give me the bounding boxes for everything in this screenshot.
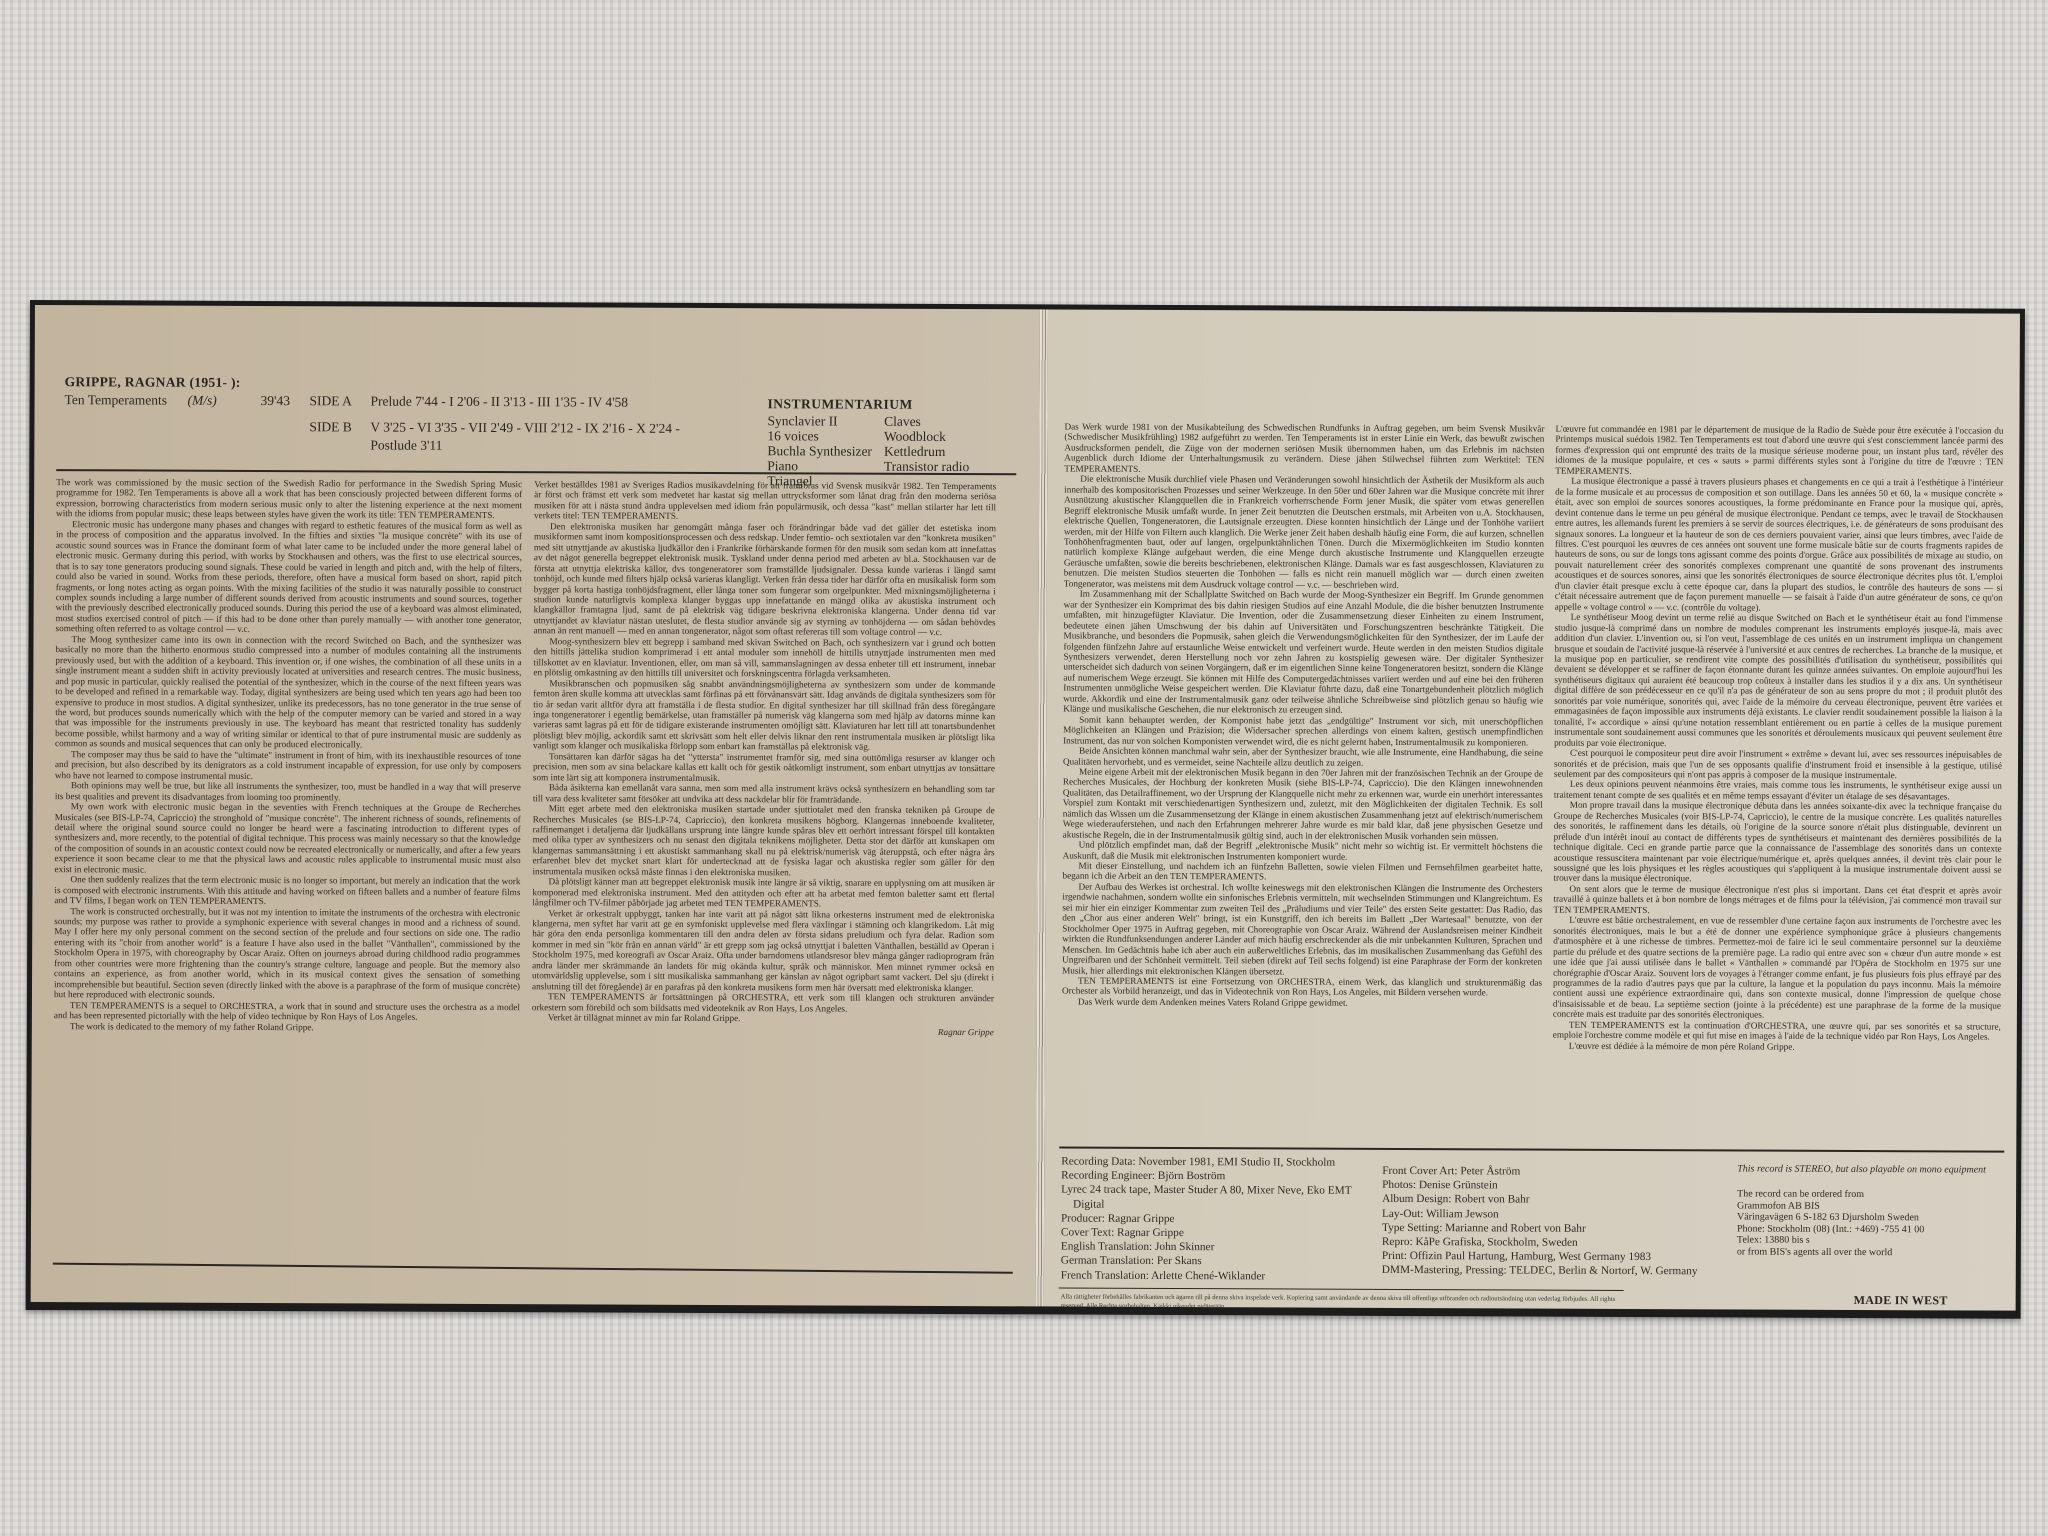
paragraph: Verket är tillägnat minnet av min far Ro… [532,1012,994,1024]
divider-rule-bottom [53,1263,1013,1274]
credit-line: Front Cover Art: Peter Åström [1382,1164,1698,1180]
credit-line: French Translation: Arlette Chené-Wiklan… [1061,1268,1352,1283]
left-inner-panel: GRIPPE, RAGNAR (1951- ): Ten Temperament… [31,305,1040,1306]
paragraph: Musikbranschen och popmusiken såg snabbt… [533,678,995,753]
paragraph: Verket är orkestralt uppbyggt, tanken ha… [532,908,994,994]
signature: Ragnar Grippe [532,1025,994,1037]
credit-line: Recording Data: November 1981, EMI Studi… [1061,1155,1352,1170]
instrument: Claves [884,414,969,429]
paragraph: Tonsättaren kan därför sägas ha det "ytt… [533,751,995,784]
credit-line: Lyrec 24 track tape, Master Studer A 80,… [1061,1183,1352,1198]
notes-german: Das Werk wurde 1981 von der Musikabteilu… [1061,422,1544,1139]
credit-line: Lay-Out: William Jewson [1382,1207,1698,1223]
side-b-label: SIDE B [309,418,351,435]
credit-line: Type Setting: Marianne and Robert von Ba… [1382,1221,1698,1237]
paragraph: Moog-synthesizern blev ett begrepp i sam… [533,636,995,680]
instrument: Buchla Synthesizer [767,443,872,458]
credit-line: Recording Engineer: Björn Boström [1061,1169,1352,1184]
instrument-list-1: Synclavier II 16 voices Buchla Synthesiz… [767,413,872,488]
recording-credits: Recording Data: November 1981, EMI Studi… [1061,1155,1352,1284]
paragraph: My own work with electronic music began … [54,801,520,876]
side-a-label: SIDE A [310,392,352,409]
paragraph: TEN TEMPERAMENTS ist eine Fortsetzung vo… [1062,976,1542,999]
paragraph: Les deux opinions peuvent néanmoins être… [1554,779,2002,802]
paragraph: Då plötsligt känner man att begreppet el… [532,876,994,909]
legal-divider [1059,1287,1624,1290]
right-inner-panel: Das Werk wurde 1981 von der Musikabteilu… [1044,309,2020,1310]
paragraph: One then suddenly realizes that the term… [54,874,520,907]
paragraph: Den elektroniska musiken har genomgått m… [534,521,996,638]
instrumentarium: INSTRUMENTARIUM Synclavier II 16 voices … [767,396,969,489]
stereo-note: This record is STEREO, but also playable… [1737,1162,1986,1177]
paragraph: On sent alors que le terme de musique él… [1553,884,2001,917]
total-duration: 39'43 [261,392,291,409]
instrument: 16 voices [767,428,872,443]
paragraph: The work is constructed orchestrally, bu… [54,906,520,1002]
paragraph: The work is dedicated to the memory of m… [54,1021,520,1033]
composer-line: GRIPPE, RAGNAR (1951- ): [65,373,241,391]
credit-line: Photos: Denise Grünstein [1382,1178,1698,1194]
instrument: Synclavier II [767,413,872,428]
instrument: Transistor radio [884,459,969,474]
paragraph: Im Zusammenhang mit der Schallplatte Swi… [1063,589,1544,717]
gatefold-album-jacket: GRIPPE, RAGNAR (1951- ): Ten Temperament… [26,300,2025,1319]
instrument: Kettledrum [884,444,969,459]
credit-line: English Translation: John Skinner [1061,1240,1352,1255]
notes-french: L'œuvre fut commandée en 1981 par le dép… [1552,424,2003,1141]
paragraph: Meine eigene Arbeit mit der elektronisch… [1063,766,1543,841]
paragraph: Mon propre travail dans la musique élect… [1553,800,2001,886]
paragraph: Beide Ansichten können manchmal wahr sei… [1063,746,1543,769]
paragraph: The composer may thus be said to have th… [55,749,521,782]
paragraph: Both opinions may well be true, but like… [55,780,521,803]
side-a-tracks: Prelude 7'44 - I 2'06 - II 3'13 - III 1'… [371,392,629,410]
tempo-marking: (M/s) [188,392,217,409]
order-line: or from BIS's agents all over the world [1737,1246,1986,1259]
paragraph: Die elektronische Musik durchlief viele … [1064,474,1544,591]
credit-line: Digital [1061,1197,1352,1212]
legal-notice: Alla rättigheter förbehålles fabrikanten… [1061,1293,1621,1311]
notes-swedish: Verket beställdes 1981 av Sveriges Radio… [531,479,996,1256]
instrument-list-2: Claves Woodblock Kettledrum Transistor r… [884,414,970,489]
order-line: Telex: 13880 bis s [1737,1235,1986,1248]
paragraph: The Moog synthesizer came into its own i… [55,634,521,751]
instrumentarium-title: INSTRUMENTARIUM [768,396,970,412]
notes-english: The work was commissioned by the music s… [53,477,522,1254]
credit-line: DMM-Mastering, Pressing: TELDEC, Berlin … [1382,1263,1698,1279]
paragraph: Båda åsikterna kan emellanåt vara sanna,… [533,782,995,805]
paragraph: C'est pourquoi le compositeur peut dire … [1554,748,2002,781]
credit-line: Cover Text: Ragnar Grippe [1061,1226,1352,1241]
order-line: The record can be ordered from [1737,1189,1986,1202]
paragraph: The work was commissioned by the music s… [56,477,522,521]
instrument: Woodblock [884,429,969,444]
work-title: Ten Temperaments [65,391,168,408]
paragraph: Le synthétiseur Moog devint un terme rel… [1554,612,2003,750]
paragraph: TEN TEMPERAMENTS est la continuation d'O… [1553,1019,2001,1042]
credit-line: Album Design: Robert von Bahr [1382,1192,1698,1208]
paragraph: La musique électronique a passé à traver… [1555,476,2004,614]
paragraph: Somit kann behauptet werden, der Komponi… [1063,714,1543,747]
paragraph: Der Aufbau des Werkes ist orchestral. Ic… [1062,881,1542,977]
credit-line: German Translation: Per Skans [1061,1254,1352,1269]
credit-line: Repro: KåPe Grafiska, Stockholm, Sweden [1382,1235,1698,1251]
paragraph: Verket beställdes 1981 av Sveriges Radio… [534,479,996,523]
paragraph: Electronic music has undergone many phas… [56,519,522,636]
paragraph: Mit dieser Einstellung, und nachdem ich … [1062,861,1542,884]
paragraph: Das Werk wurde dem Andenken meines Vater… [1062,996,1542,1009]
made-in-label: MADE IN WEST GERMANY [1854,1293,2016,1311]
order-line: Väringavägen 6 S-182 63 Djursholm Sweden [1737,1212,1986,1225]
paragraph: L'œuvre est dédiée à la mémoire de mon p… [1553,1040,2001,1052]
paragraph: Das Werk wurde 1981 von der Musikabteilu… [1064,422,1544,476]
paragraph: Und plötzlich empfindet man, daß der Beg… [1063,840,1543,863]
paragraph: Mitt eget arbete med den elektroniska mu… [532,803,994,878]
credit-line: Producer: Ragnar Grippe [1061,1211,1352,1226]
credit-line: Print: Offizin Paul Hartung, Hamburg, We… [1382,1249,1698,1265]
paragraph: L'œuvre est bâtie orchestralement, en vu… [1553,915,2001,1021]
paragraph: L'œuvre fut commandée en 1981 par le dép… [1555,424,2003,478]
side-b-tracks-cont: Postlude 3'11 [370,436,442,453]
paragraph: TEN TEMPERAMENTS är fortsättningen på OR… [532,991,994,1014]
paragraph: TEN TEMPERAMENTS is a sequel to ORCHESTR… [54,1000,520,1023]
order-info: This record is STEREO, but also playable… [1737,1162,1986,1258]
credits-divider [1059,1146,2004,1152]
design-credits: Front Cover Art: Peter Åström Photos: De… [1382,1164,1698,1279]
side-b-tracks: V 3'25 - VI 3'35 - VII 2'49 - VIII 2'12 … [370,418,680,436]
